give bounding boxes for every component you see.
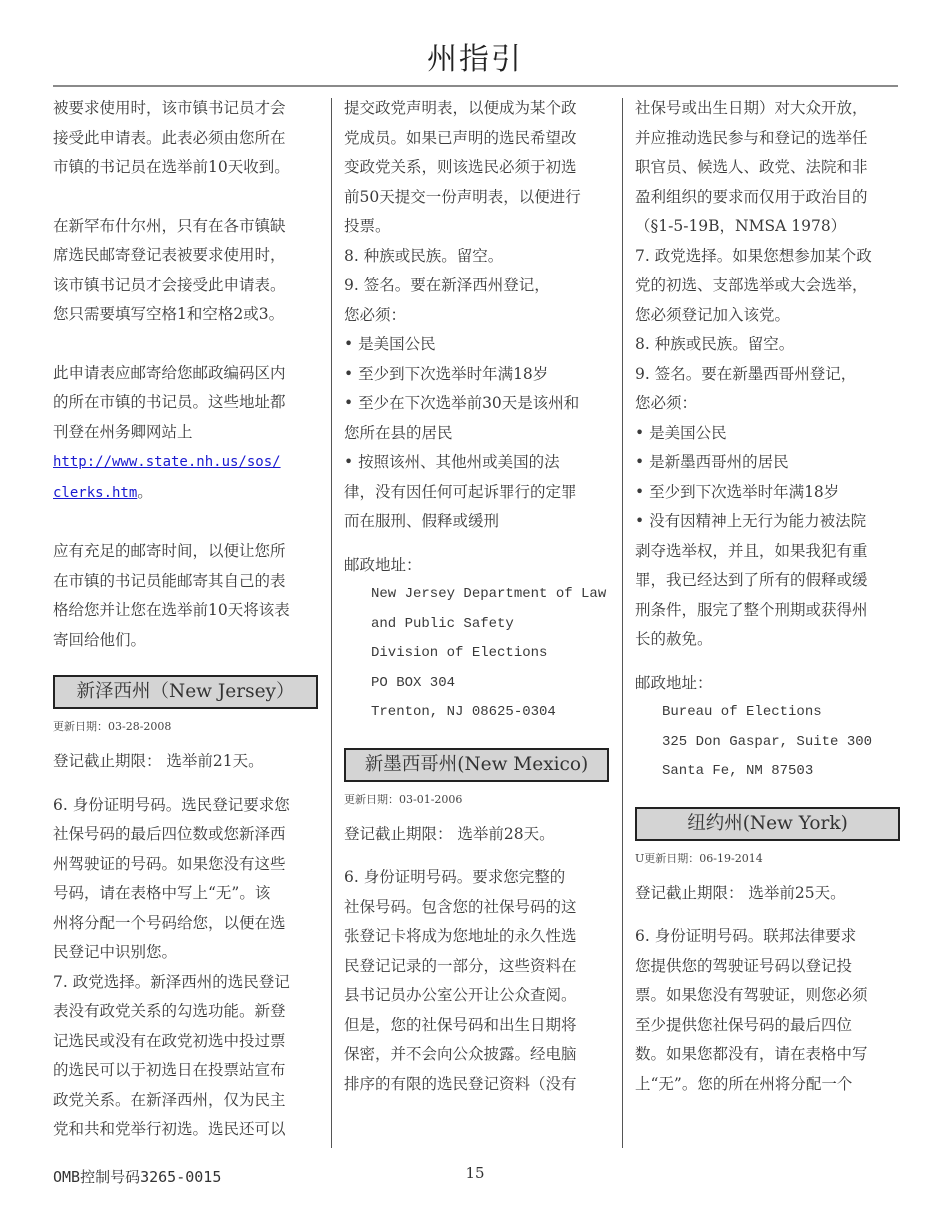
page-title: 州指引 — [0, 40, 950, 80]
item-6: 6. 身份证明号码。选民登记要求您 社保号码的最后四位数或您新泽西 州驾驶证的号… — [53, 791, 318, 968]
item-6-continued: 社保号或出生日期）对大众开放， 并应推动选民参与和登记的选举任 职官员、候选人、… — [635, 94, 900, 242]
item-8: 8. 种族或民族。留空。 — [344, 242, 609, 272]
updated-date: U更新日期：06-19-2014 — [635, 851, 900, 867]
item-6: 6. 身份证明号码。要求您完整的 社保号码。包含您的社保号码的这 张登记卡将成为… — [344, 863, 609, 1099]
column-divider — [331, 98, 332, 1148]
state-heading-new-york: 纽约州(New York) — [635, 807, 900, 841]
column-1: 被要求使用时，该市镇书记员才会 接受此申请表。此表必须由您所在 市镇的书记员在选… — [53, 94, 318, 1145]
title-rule — [53, 85, 898, 87]
registration-deadline: 登记截止期限： 选举前28天。 — [344, 820, 609, 850]
updated-date: 更新日期：03-01-2006 — [344, 792, 609, 808]
mailing-address-label: 邮政地址： — [344, 551, 609, 581]
paragraph: 应有充足的邮寄时间，以便让您所 在市镇的书记员能邮寄其自己的表 格给您并让您在选… — [53, 537, 318, 655]
column-3: 社保号或出生日期）对大众开放， 并应推动选民参与和登记的选举任 职官员、候选人、… — [635, 94, 900, 1099]
paragraph: 被要求使用时，该市镇书记员才会 接受此申请表。此表必须由您所在 市镇的书记员在选… — [53, 94, 318, 183]
mailing-address: Bureau of Elections 325 Don Gaspar, Suit… — [635, 698, 900, 787]
registration-deadline: 登记截止期限： 选举前25天。 — [635, 879, 900, 909]
column-divider — [622, 98, 623, 1148]
item-6: 6. 身份证明号码。联邦法律要求 您提供您的驾驶证号码以登记投 票。如果您没有驾… — [635, 922, 900, 1099]
registration-deadline: 登记截止期限： 选举前21天。 — [53, 747, 318, 777]
requirements-list: • 是美国公民 • 是新墨西哥州的居民 • 至少到下次选举时年满18岁 • 没有… — [635, 419, 900, 655]
mailing-address: New Jersey Department of Law and Public … — [344, 580, 609, 728]
state-heading-new-mexico: 新墨西哥州(New Mexico) — [344, 748, 609, 782]
state-heading-new-jersey: 新泽西州（New Jersey） — [53, 675, 318, 709]
item-9: 9. 签名。要在新墨西哥州登记， 您必须： — [635, 360, 900, 419]
page-number: 15 — [0, 1164, 950, 1182]
clerks-link[interactable]: http://www.state.nh.us/sos/ — [53, 454, 281, 470]
paragraph: 在新罕布什尔州，只有在各市镇缺 席选民邮寄登记表被要求使用时， 该市镇书记员才会… — [53, 212, 318, 330]
item-7-continued: 提交政党声明表，以便成为某个政 党成员。如果已声明的选民希望改 变政党关系，则该… — [344, 94, 609, 242]
item-7: 7. 政党选择。新泽西州的选民登记 表没有政党关系的勾选功能。新登 记选民或没有… — [53, 968, 318, 1145]
updated-date: 更新日期：03-28-2008 — [53, 719, 318, 735]
requirements-list: • 是美国公民 • 至少到下次选举时年满18岁 • 至少在下次选举前30天是该州… — [344, 330, 609, 537]
clerks-link[interactable]: clerks.htm — [53, 485, 137, 501]
item-7: 7. 政党选择。如果您想参加某个政 党的初选、支部选举或大会选举， 您必须登记加… — [635, 242, 900, 331]
paragraph: 此申请表应邮寄给您邮政编码区内 的所在市镇的书记员。这些地址都 刊登在州务卿网站… — [53, 359, 318, 509]
mailing-address-label: 邮政地址： — [635, 669, 900, 699]
column-2: 提交政党声明表，以便成为某个政 党成员。如果已声明的选民希望改 变政党关系，则该… — [344, 94, 609, 1099]
item-9: 9. 签名。要在新泽西州登记， 您必须： — [344, 271, 609, 330]
item-8: 8. 种族或民族。留空。 — [635, 330, 900, 360]
